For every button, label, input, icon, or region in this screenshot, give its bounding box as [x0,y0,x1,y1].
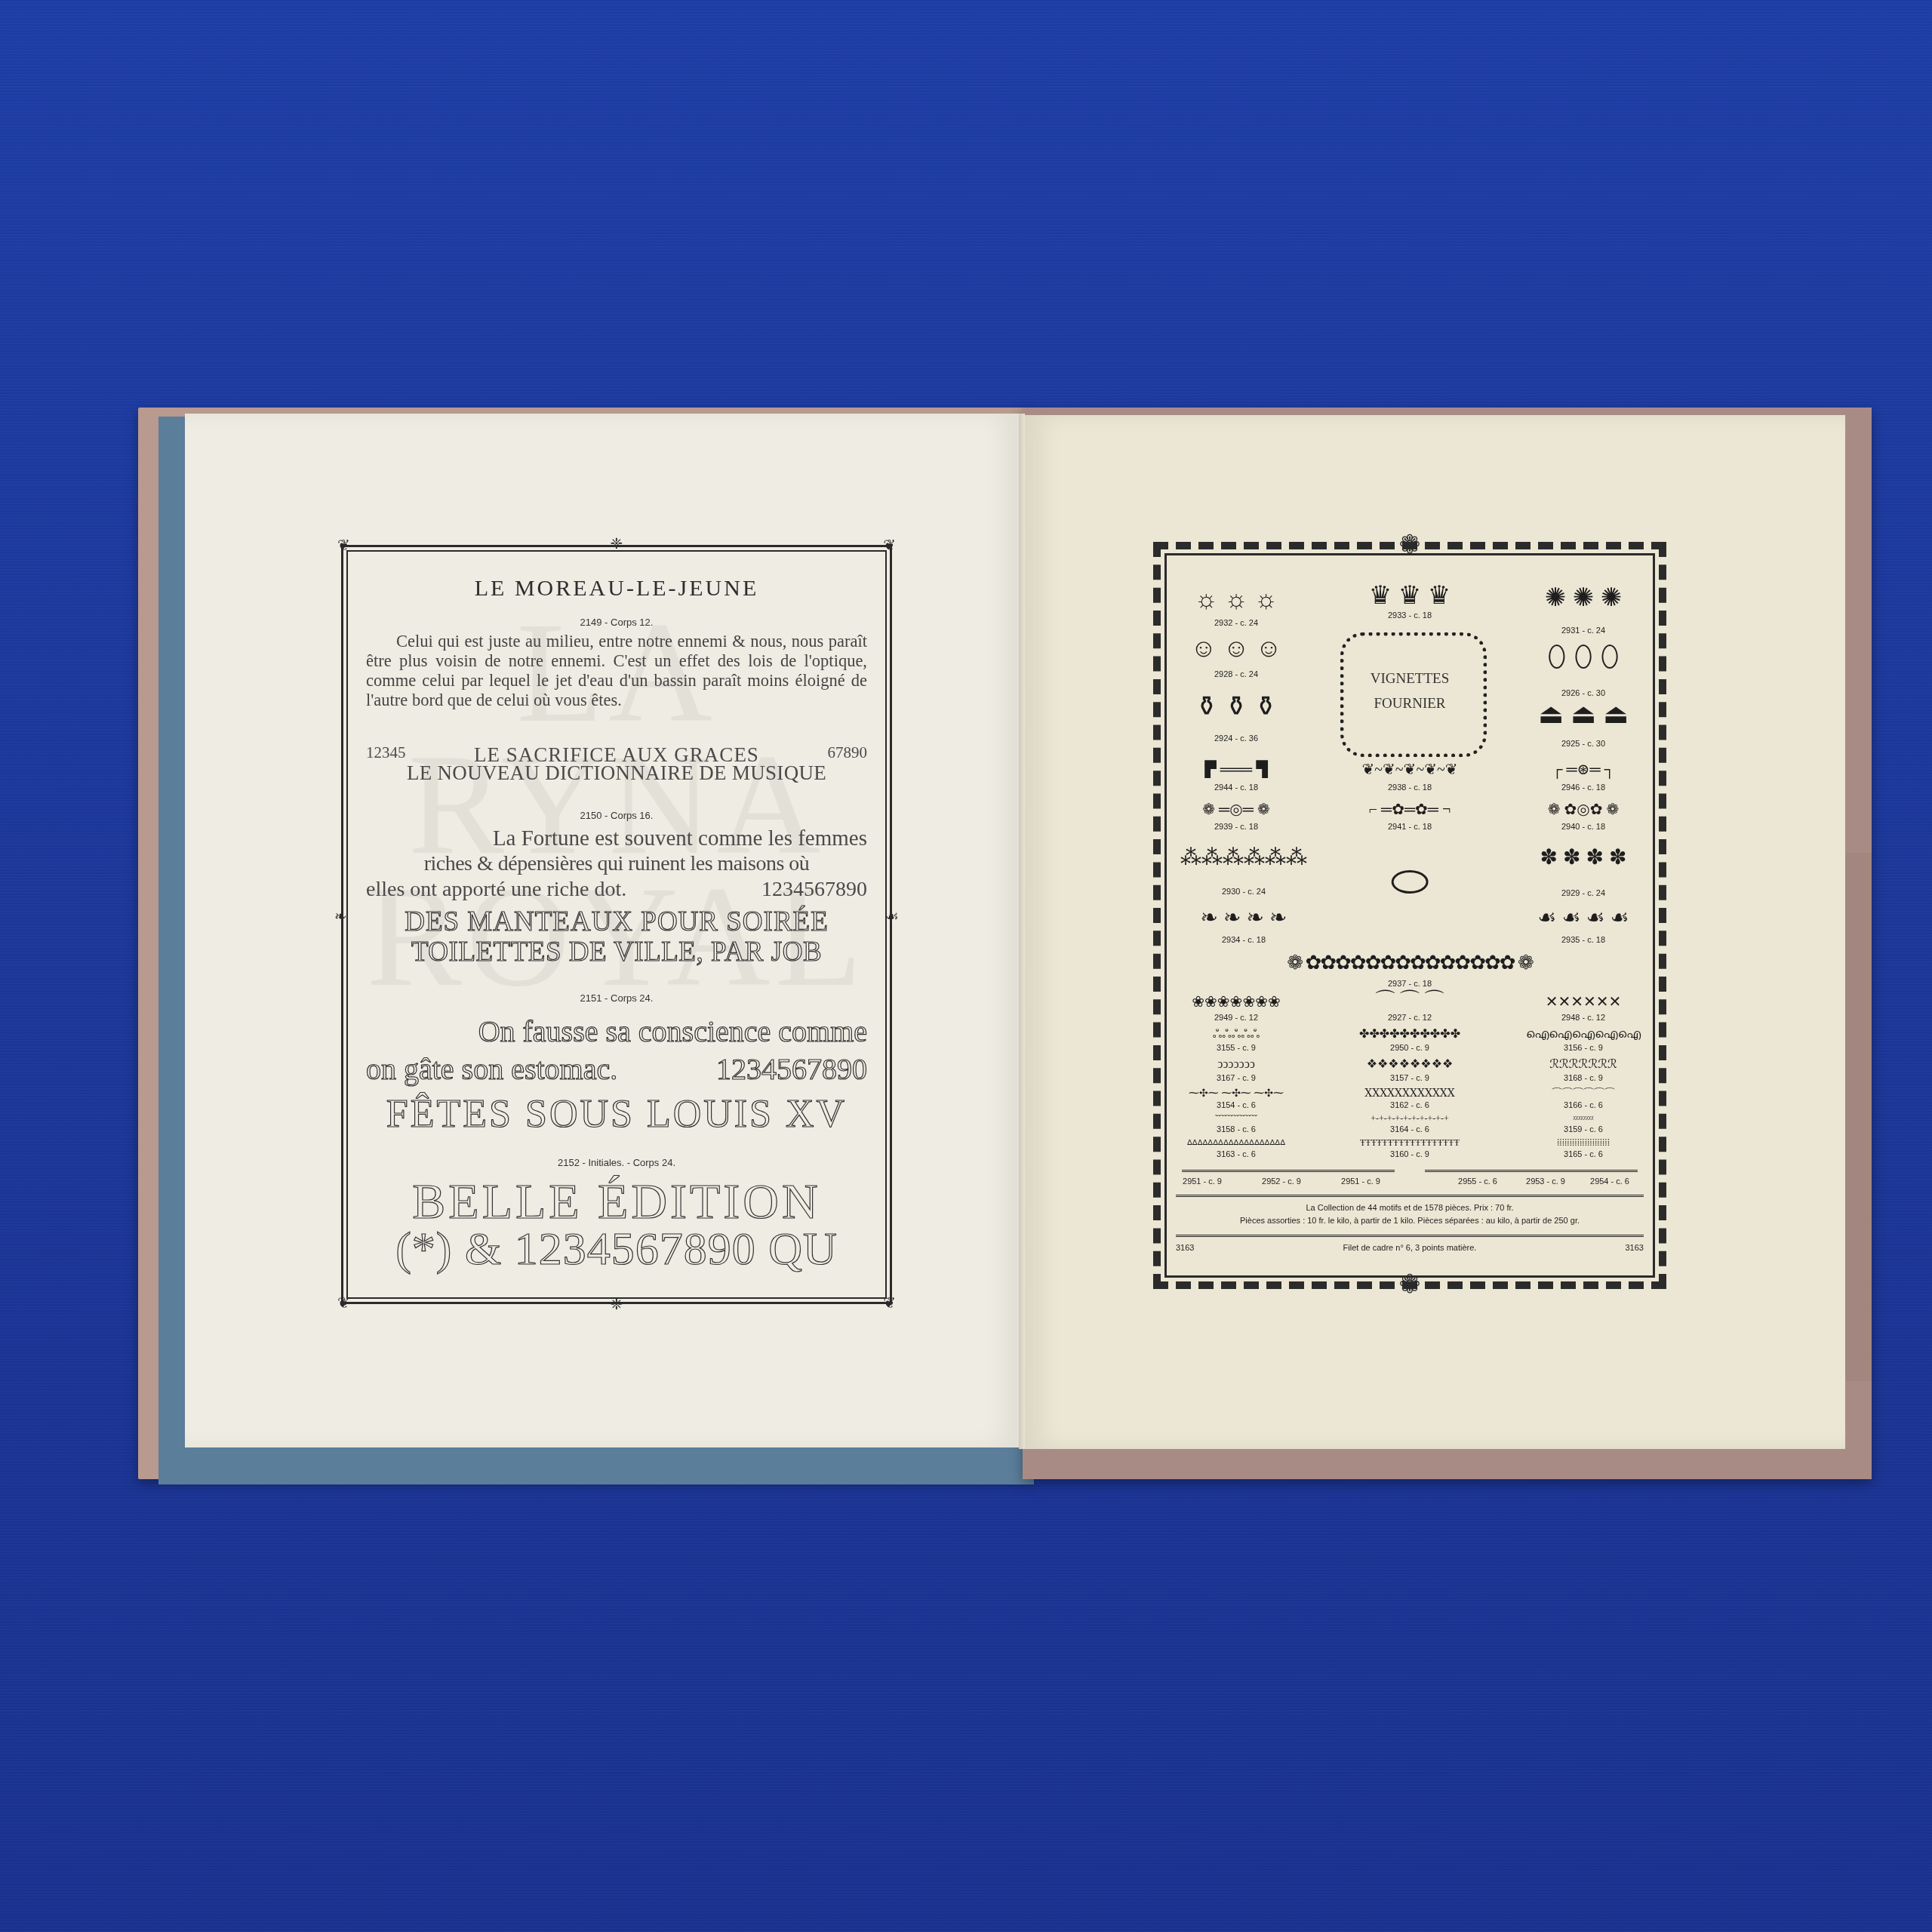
picket-rule-vignette-icon: ŦŦŦŦŦŦŦŦŦŦŦŦŦŦŦŦŦŦ [1360,1138,1460,1147]
vignette-label: 2948 - c. 12 [1561,1014,1605,1023]
sprig-row-vignette-icon: ℛℛℛℛℛℛℛ [1549,1059,1617,1071]
leaf-row-vignette-icon: ❖❖❖❖❖❖❖❖ [1367,1059,1454,1071]
collection-price-text: La Collection de 44 motifs et de 1578 pi… [1176,1202,1644,1215]
specimen-caps-line-2: LE NOUVEAU DICTIONNAIRE DE MUSIQUE [366,761,867,785]
rose-row-vignette-icon: ❀❀❀❀❀❀❀ [1192,995,1280,1010]
title-line-2: FOURNIER [1353,691,1466,716]
dot-rule-vignette-icon: ⁞⁞⁞⁞⁞⁞⁞⁞⁞⁞⁞⁞⁞⁞⁞⁞⁞⁞⁞⁞⁞ [1557,1138,1610,1147]
frame-label: 2951 - c. 9 [1183,1177,1222,1186]
rose-border-vignette-icon: ❁ ✿◎✿ ❁ [1548,802,1619,817]
corner-ornament-icon: ❦ [883,538,896,553]
right-cover-torn-flap [1841,853,1872,1381]
specimen-line: La Fortune est souvent comme les femmes [366,826,867,851]
initials-line: (*) & 1234567890 QU [366,1223,867,1276]
vignette-label: 2937 - c. 18 [1388,980,1432,989]
vignette-label: 2924 - c. 36 [1214,734,1258,743]
frame-label: 2955 - c. 6 [1458,1177,1497,1186]
triangle-rule-vignette-icon: ᐃᐃᐃᐃᐃᐃᐃᐃᐃᐃᐃᐃᐃᐃᐃᐃᐃᐃᐃ [1187,1140,1285,1147]
border-corner-vignette-icon: ▛ ═══ ▜ [1204,762,1267,777]
sprig-row-vignette-icon: ↄↄↄↄↄↄↄ [1217,1059,1255,1071]
specimen-outline-caps: FÊTES SOUS LOUIS XV [366,1092,867,1137]
floral-rule-vignette-icon: ⌐ ═✿═✿═ ¬ [1369,802,1451,817]
vignette-label: 3166 - c. 6 [1564,1101,1603,1110]
fleur-row-vignette-icon: ✤✤✤✤✤✤✤✤✤✤ [1359,1029,1460,1041]
decorative-rule [1176,1195,1644,1197]
specimen-outline-caps: DES MANTEAUX POUR SOIRÉE [366,906,867,938]
frame-label: 2951 - c. 9 [1341,1177,1380,1186]
dash-row-vignette-icon: +-+-+-+-+-+-+-+-+-+ [1371,1114,1449,1123]
star-burst-vignette-icon: ✺ ✺ ✺ [1545,586,1622,611]
frame-label: 2953 - c. 9 [1526,1177,1565,1186]
vignette-label: 3156 - c. 9 [1564,1044,1603,1053]
filet-number-right: 3163 [1626,1242,1644,1255]
lamp-vignette-icon: ⏏ ⏏ ⏏ [1538,700,1629,728]
vignette-label: 2930 - c. 24 [1222,888,1266,897]
vignette-label: 2935 - c. 18 [1561,936,1605,945]
framed-cameo-vignette-icon: ⬭ [1390,859,1429,904]
urn-vignette-icon: ⚱ ⚱ ⚱ [1195,693,1278,720]
tick-row-vignette-icon: ᵡᵡᵡᵡᵡᵡᵡᵡ [1573,1114,1593,1123]
vignette-label: 3155 - c. 9 [1217,1044,1256,1053]
ring-border-vignette-icon: ❁ ═◎═ ❁ [1202,802,1269,817]
leaf-vignette-icon: ❧ ❧ ❧ ❧ [1201,908,1287,929]
left-specimen-frame: ❦ ❦ ❦ ❦ ❈ ❈ ❧ ☙ LA RYNA ROYAL LE MOREAU-… [341,545,892,1304]
frame-label: 2954 - c. 6 [1590,1177,1629,1186]
vignette-label: 2927 - c. 12 [1388,1014,1432,1023]
vignette-label: 2944 - c. 18 [1214,783,1258,792]
tick-row-vignette-icon: ˜ˇ˜ˇ˜ˇ˜ˇ˜ˇ˜ˇ˜ˇ [1215,1114,1257,1123]
specimen-line: elles ont apporté une riche dot. 1234567… [366,878,867,902]
frame-rule-left [1182,1170,1395,1172]
filet-number-left: 3163 [1176,1242,1194,1255]
sun-face-vignette-icon: ☼ ☼ ☼ [1195,587,1278,613]
vignette-label: 2946 - c. 18 [1561,783,1605,792]
vignette-label: 3158 - c. 6 [1217,1125,1256,1134]
vignette-label: 3164 - c. 6 [1390,1125,1429,1134]
line-numerals: 1234567890 [716,1051,867,1087]
cameo-vignette-icon: ⬯ ⬯ ⬯ [1547,641,1619,672]
vignette-label: 3162 - c. 6 [1390,1101,1429,1110]
vignette-label: 2938 - c. 18 [1388,783,1432,792]
specimen-outline-caps: TOILETTES DE VILLE, PAR JOB [366,936,867,968]
specimen-caption: 2149 - Corps 12. [366,617,867,628]
scroll-row-vignette-icon: ⌒ ⌒ ⌒ [1375,991,1444,1011]
rosette-border-vignette-icon: ┌ ═⊛═ ┐ [1552,762,1614,777]
corner-ornament-icon: ❦ [337,538,350,553]
vignette-label: 2933 - c. 18 [1388,611,1432,620]
specimen-caption: 2150 - Corps 16. [366,810,867,821]
leaf-vignette-icon: ☙ ☙ ☙ ☙ [1537,908,1629,929]
vignette-label: 2941 - c. 18 [1388,823,1432,832]
vignette-label: 3159 - c. 6 [1564,1125,1603,1134]
vignette-label: 3154 - c. 6 [1217,1101,1256,1110]
specimen-outline-line: On fausse sa conscience comme [366,1014,867,1049]
vignette-label: 2929 - c. 24 [1561,889,1605,898]
vignette-label: 3168 - c. 9 [1564,1074,1603,1083]
lattice-row-vignette-icon: ✕✕✕✕✕✕ [1546,995,1622,1010]
vignette-label: 3157 - c. 9 [1390,1074,1429,1083]
face-vignette-icon: ☺ ☺ ☺ [1190,636,1281,662]
frame-rule-right [1425,1170,1638,1172]
vignette-label: 3163 - c. 6 [1217,1150,1256,1159]
bottom-rose-ornament-icon: ❁ [1399,1272,1421,1298]
specimen-paragraph: Celui qui est juste au milieu, entre not… [366,632,867,710]
filet-line: 3163 Filet de cadre n° 6, 3 points matiè… [1176,1242,1644,1255]
crown-vignette-icon: ♛ ♛ ♛ [1369,583,1451,609]
corner-ornament-icon: ❦ [883,1296,896,1311]
specimen-outline-line: on gâte son estomac. 1234567890 [366,1051,867,1087]
curl-row-vignette-icon: ஃஃஃஃஃ [1213,1029,1260,1041]
lace-vignette-icon: ⁂⁂⁂⁂⁂⁂ [1180,848,1307,869]
specimen-caption: 2151 - Corps 24. [366,992,867,1004]
cross-row-vignette-icon: ⅩⅩⅩⅩⅩⅩⅩⅩⅩⅩⅩⅩ [1364,1089,1455,1100]
vignette-label: 2940 - c. 18 [1561,823,1605,832]
vignette-label: 3165 - c. 6 [1564,1150,1603,1159]
line-numerals: 1234567890 [761,878,867,902]
vignette-label: 3160 - c. 9 [1390,1150,1429,1159]
frame-label: 2952 - c. 9 [1262,1177,1301,1186]
rosette-band-vignette-icon: ❁ ✿✿✿✿✿✿✿✿✿✿✿✿✿✿ ❁ [1287,953,1533,973]
line-text: on gâte son estomac. [366,1051,617,1087]
vignettes-frame: ❁ ❁ ☼ ☼ ☼ 2932 - c. 24 ♛ ♛ ♛ 2933 - c. 1… [1153,542,1666,1289]
book-gutter [1019,414,1025,1449]
corner-ornament-icon: ❦ [337,1296,350,1311]
scroll-row-vignette-icon: ⁓✣⁓ ⁓✣⁓ ⁓✣⁓ [1189,1089,1284,1100]
line-text: elles ont apporté une riche dot. [366,878,626,902]
vignette-label: 2926 - c. 30 [1561,689,1605,698]
title-line-1: VIGNETTES [1353,666,1466,691]
decorative-rule [1176,1235,1644,1237]
vignette-label: 2931 - c. 24 [1561,626,1605,635]
vignette-label: 2939 - c. 18 [1214,823,1258,832]
flower-lace-vignette-icon: ✽ ✽ ✽ ✽ [1540,848,1627,869]
vignette-label: 2934 - c. 18 [1222,936,1266,945]
specimen-title: LE MOREAU-LE-JEUNE [366,576,867,601]
filet-description: Filet de cadre n° 6, 3 points matière. [1343,1242,1477,1255]
arch-row-vignette-icon: ⌒⌒⌒⌒⌒⌒ [1552,1089,1615,1100]
side-ornament-icon: ☙ [885,909,899,924]
vignette-label: 2932 - c. 24 [1214,619,1258,628]
vignette-label: 2949 - c. 12 [1214,1014,1258,1023]
vignette-label: 2950 - c. 9 [1390,1044,1429,1053]
vignette-label: 3167 - c. 9 [1217,1074,1256,1083]
curl-row-vignette-icon: ഐഐഐഐഐ [1526,1029,1641,1041]
specimen-line: riches & dépensières qui ruinent les mai… [366,852,867,876]
vine-border-vignette-icon: ❦~❦~❦~❦~❦ [1361,762,1457,777]
top-rose-ornament-icon: ❁ [1399,533,1421,558]
specimen-caption: 2152 - Initiales. - Corps 24. [366,1157,867,1168]
side-ornament-icon: ❧ [334,909,347,924]
vignette-label: 2928 - c. 24 [1214,670,1258,679]
vignettes-title: VIGNETTES FOURNIER [1353,666,1466,716]
vignette-label: 2925 - c. 30 [1561,740,1605,749]
pieces-price-text: Pièces assorties : 10 fr. le kilo, à par… [1176,1215,1644,1228]
